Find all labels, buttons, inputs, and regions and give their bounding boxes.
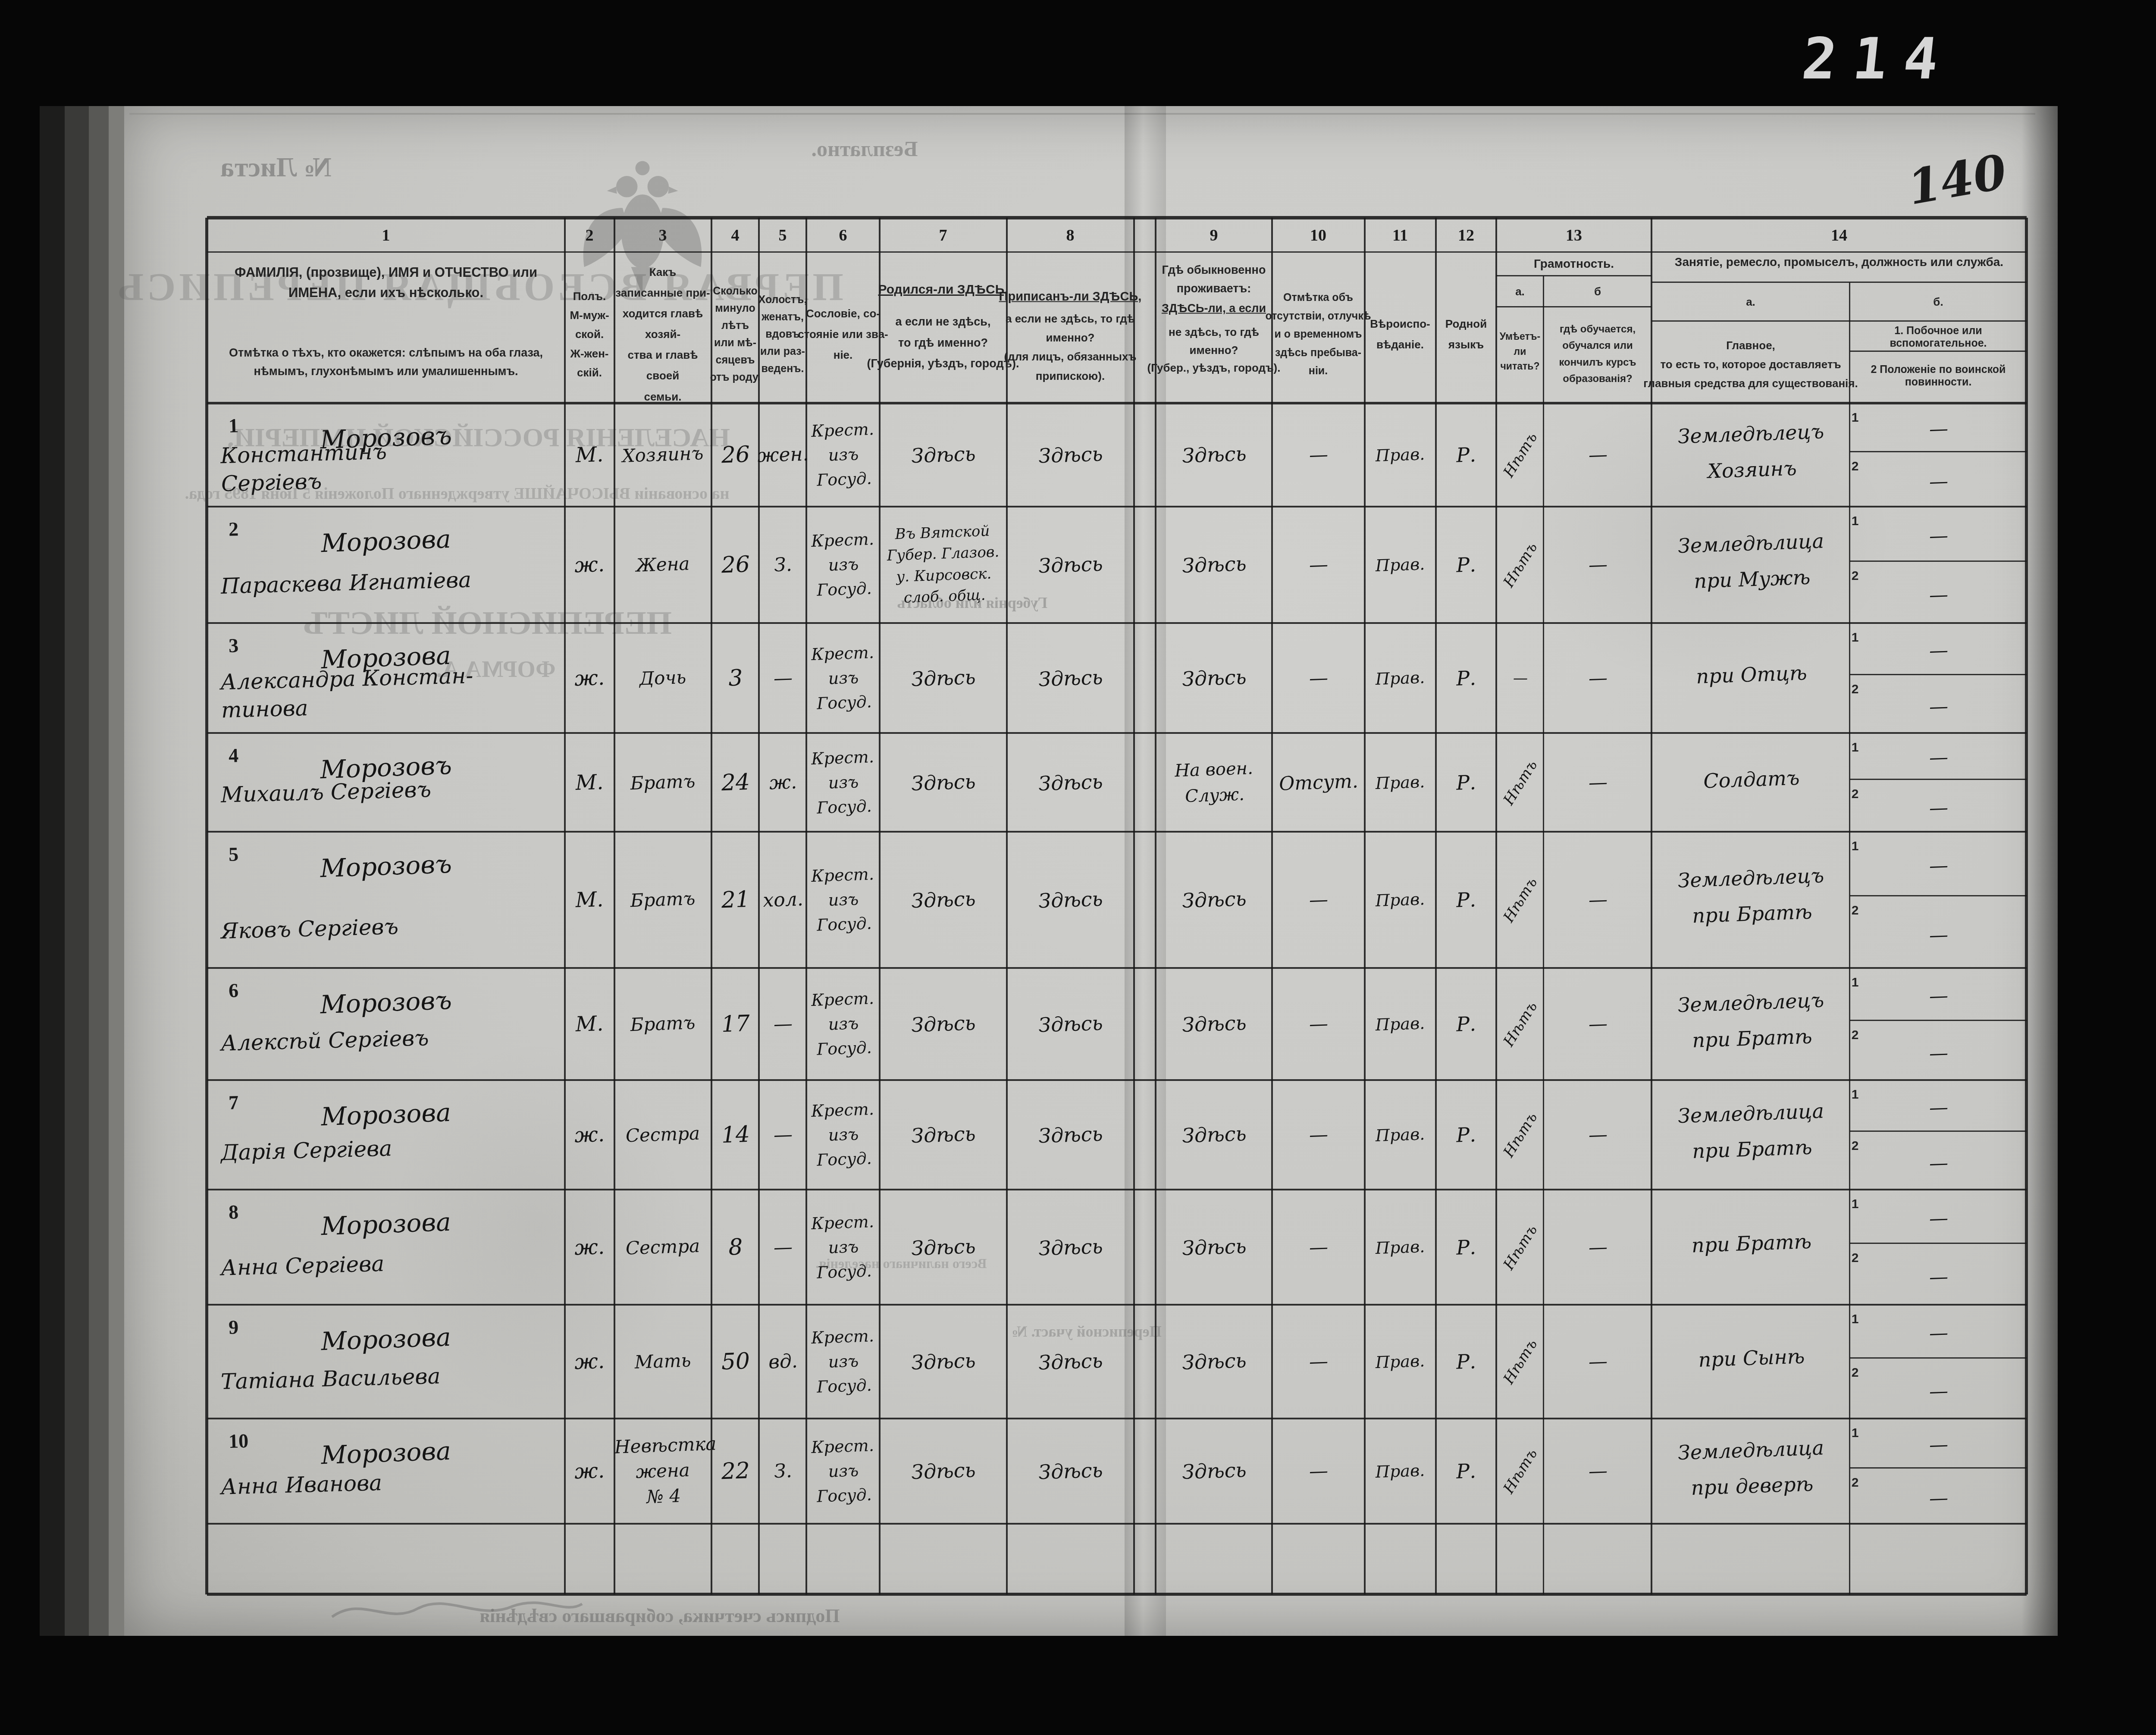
row7-occupation: Земледѣлица при Братѣ: [1655, 1093, 1848, 1171]
grid-rowline-8: [207, 1418, 2027, 1419]
grid-vline-7: [1006, 218, 1008, 1594]
row3-language: Р.: [1456, 666, 1476, 690]
header-occupation-side: 1. Побочное или вспомогательное.: [1852, 325, 2024, 350]
header-literacy: Грамотность.: [1534, 257, 1614, 271]
bleed-sheet-no: № Листа: [220, 151, 332, 183]
header-occupation-military: 2 Положеніе по воинской повинности.: [1852, 363, 2024, 388]
grid-14b-divider-1: [1850, 561, 2027, 562]
row4-registered: Здѣсь: [1038, 770, 1103, 795]
header-name: ФАМИЛІЯ, (прозвище), ИМЯ и ОТЧЕСТВО или …: [220, 263, 552, 303]
row5-side-label-2: 2: [1852, 903, 1859, 918]
header-occupation-b-label: б.: [1933, 295, 1943, 309]
row8-relation: Сестра: [615, 1233, 711, 1262]
row2-side-dash-1: —: [1929, 525, 1949, 548]
row9-age: 50: [721, 1348, 750, 1375]
grid-vline-11: [1364, 218, 1366, 1594]
grid-rowline-2: [207, 732, 2027, 734]
row5-sex: М.: [575, 887, 604, 912]
row6-side-label-1: 1: [1852, 975, 1859, 990]
row1-occupation: Земледѣлецъ Хозяинъ: [1655, 413, 1848, 491]
grid-vline-3: [711, 218, 712, 1594]
grid-line-headbottom: [207, 402, 2027, 404]
row10-lives: Здѣсь: [1159, 1454, 1269, 1488]
row10-marital: З.: [774, 1460, 792, 1482]
row9-occupation: при Сынѣ: [1656, 1337, 1847, 1379]
bleed-uchastok: Переписной участ. №: [1012, 1322, 1161, 1340]
row9-absence: —: [1309, 1350, 1329, 1373]
row8-language: Р.: [1456, 1235, 1476, 1259]
row10-sex: ж.: [574, 1459, 605, 1484]
row3-religion: Прав.: [1375, 668, 1425, 689]
row10-registered: Здѣсь: [1038, 1458, 1103, 1484]
row6-occupation: Земледѣлецъ при Братѣ: [1655, 982, 1848, 1060]
row1-given-name: Константинъ Сергіевъ: [220, 433, 558, 498]
row2-born: Въ Вятской Губер. Глазов. у. Кирсовск. с…: [881, 520, 1006, 609]
column-number-4: 4: [731, 226, 740, 245]
row8-side-dash-1: —: [1929, 1207, 1949, 1230]
row3-relation: Дочь: [615, 664, 711, 692]
row4-side-label-2: 2: [1852, 787, 1859, 802]
header-relation: Какъ записанные при- ходится главѣ хозяй…: [615, 262, 710, 407]
row9-surname: Морозова: [320, 1322, 451, 1356]
row7-registered: Здѣсь: [1038, 1122, 1103, 1147]
grid-vline-6: [879, 218, 881, 1594]
row1-literacy-edu: —: [1588, 444, 1608, 467]
row7-sex: ж.: [574, 1122, 605, 1147]
row1-religion: Прав.: [1375, 445, 1425, 465]
row5-side-label-1: 1: [1852, 839, 1859, 854]
grid-14-t1: [1651, 282, 2027, 283]
row8-surname: Морозова: [320, 1207, 451, 1241]
row10-estate: Крест. изъ Госуд.: [811, 1433, 876, 1509]
row4-relation: Братъ: [615, 768, 711, 797]
column-number-8: 8: [1066, 226, 1075, 245]
row6-relation: Братъ: [615, 1010, 711, 1038]
row7-surname: Морозова: [320, 1098, 451, 1131]
row9-lives: Здѣсь: [1159, 1345, 1269, 1378]
row7-estate: Крест. изъ Госуд.: [811, 1097, 876, 1173]
row5-relation: Братъ: [615, 886, 711, 914]
row3-lives: Здѣсь: [1159, 661, 1269, 695]
row7-marital: —: [773, 1124, 793, 1146]
row5-side-dash-2: —: [1929, 924, 1949, 947]
grid-line-top: [207, 216, 2027, 219]
grid-vline-4: [758, 218, 760, 1594]
grid-line-numbers: [207, 251, 2027, 253]
film-frame-number: 214: [1799, 26, 1958, 92]
grid-14b-divider-7: [1850, 1243, 2027, 1244]
row1-absence: —: [1309, 444, 1329, 467]
grid-vline-0: [205, 218, 208, 1594]
row3-literacy-read: —: [1513, 670, 1528, 687]
row7-side-label-2: 2: [1852, 1139, 1859, 1153]
row1-registered: Здѣсь: [1038, 442, 1103, 467]
row4-side-label-1: 1: [1852, 740, 1859, 755]
row8-registered: Здѣсь: [1038, 1234, 1103, 1260]
header-born: а если не здѣсь, то гдѣ именно? (Губерні…: [867, 311, 1019, 374]
row2-estate: Крест. изъ Госуд.: [811, 527, 876, 603]
row2-side-label-1: 1: [1852, 514, 1859, 529]
header-occupation-a-label: а.: [1746, 295, 1755, 309]
grid-vline-8: [1133, 218, 1135, 1594]
row1-age: 26: [721, 442, 750, 468]
row3-side-label-2: 2: [1852, 682, 1859, 697]
row9-side-label-1: 1: [1852, 1312, 1859, 1327]
row2-relation: Жена: [615, 551, 711, 579]
row4-side-dash-2: —: [1929, 797, 1949, 820]
grid-rowline-6: [207, 1189, 2027, 1190]
row10-absence: —: [1309, 1460, 1329, 1483]
row8-absence: —: [1309, 1236, 1329, 1259]
row10-born: Здѣсь: [881, 1455, 1005, 1488]
census-scan-canvas: { "page": { "film_number": "214", "page_…: [0, 0, 2156, 1735]
row7-age: 14: [721, 1121, 750, 1148]
column-number-1: 1: [382, 226, 390, 245]
enumerator-signature-bleedthrough: [328, 1591, 586, 1630]
row7-number: 7: [228, 1091, 238, 1114]
row10-side-dash-1: —: [1929, 1434, 1949, 1456]
column-number-12: 12: [1458, 226, 1474, 245]
row2-sex: ж.: [574, 552, 605, 577]
row6-sex: М.: [575, 1012, 604, 1037]
row3-age: 3: [728, 665, 743, 691]
row7-lives: Здѣсь: [1159, 1118, 1269, 1152]
row5-marital: хол.: [762, 888, 803, 911]
row4-religion: Прав.: [1375, 772, 1425, 793]
grid-vline-2: [614, 218, 615, 1594]
row5-absence: —: [1309, 889, 1329, 911]
row5-occupation: Земледѣлецъ при Братѣ: [1655, 857, 1848, 935]
row9-born: Здѣсь: [881, 1345, 1005, 1378]
row9-side-dash-1: —: [1929, 1322, 1949, 1345]
row7-literacy-edu: —: [1588, 1124, 1608, 1146]
header-literacy-a-label: а.: [1515, 285, 1525, 298]
row1-side-dash-2: —: [1929, 470, 1949, 493]
grid-14b-divider-0: [1850, 451, 2027, 452]
row1-language: Р.: [1456, 443, 1476, 467]
row4-sex: М.: [575, 770, 604, 795]
row5-language: Р.: [1456, 888, 1476, 912]
row5-lives: Здѣсь: [1159, 883, 1269, 917]
grid-rowline-9: [207, 1523, 2027, 1525]
row2-number: 2: [228, 517, 238, 541]
column-number-11: 11: [1392, 226, 1408, 245]
grid-vline-10: [1271, 218, 1273, 1594]
grid-14b-divider-5: [1850, 1020, 2027, 1021]
row6-lives: Здѣсь: [1159, 1007, 1269, 1041]
row8-side-dash-2: —: [1929, 1266, 1949, 1289]
row10-language: Р.: [1456, 1459, 1476, 1483]
header-lives-a: Гдѣ обыкновенно проживаетъ:: [1162, 261, 1266, 298]
row3-occupation: при Отцѣ: [1656, 654, 1847, 696]
row2-literacy-edu: —: [1588, 554, 1608, 576]
header-occupation-main: Главное, то есть то, которое доставляетъ…: [1643, 336, 1858, 393]
row1-lives: Здѣсь: [1159, 438, 1269, 472]
row8-estate: Крест. изъ Госуд.: [811, 1209, 876, 1285]
header-language: Родной языкъ: [1445, 313, 1487, 355]
row8-occupation: при Братѣ: [1656, 1222, 1847, 1265]
row1-sex: М.: [575, 442, 604, 467]
row10-occupation: Земледѣлица при деверѣ: [1655, 1429, 1848, 1507]
row2-absence: —: [1309, 554, 1329, 576]
row9-religion: Прав.: [1375, 1351, 1425, 1372]
row3-sex: ж.: [574, 666, 605, 691]
grid-vline-9: [1155, 218, 1156, 1594]
row1-side-label-2: 2: [1852, 459, 1859, 474]
grid-14b-divider-4: [1850, 895, 2027, 896]
row2-surname: Морозова: [320, 524, 451, 558]
row1-number: 1: [228, 414, 238, 437]
row7-side-dash-1: —: [1929, 1096, 1949, 1119]
row7-born: Здѣсь: [881, 1118, 1005, 1152]
header-occupation: Занятіе, ремесло, промыселъ, должность и…: [1675, 255, 2003, 269]
header-age: Сколько минуло лѣтъ или мѣ- сяцевъ отъ р…: [710, 282, 760, 386]
row10-age: 22: [721, 1458, 750, 1484]
row2-registered: Здѣсь: [1038, 552, 1103, 577]
header-literacy-read: Умѣетъ- ли читать?: [1500, 329, 1541, 374]
row2-language: Р.: [1456, 553, 1476, 577]
grid-14b-split: [1850, 351, 2027, 352]
row2-lives: Здѣсь: [1159, 548, 1269, 582]
row10-religion: Прав.: [1375, 1461, 1425, 1481]
row9-marital: вд.: [768, 1350, 798, 1373]
grid-rowline-3: [207, 831, 2027, 833]
row5-estate: Крест. изъ Госуд.: [811, 862, 876, 938]
row2-occupation: Земледѣлица при Мужѣ: [1655, 523, 1848, 601]
column-number-2: 2: [586, 226, 594, 245]
row9-relation: Мать: [615, 1347, 711, 1376]
grid-line-bottom: [207, 1593, 2027, 1596]
row7-absence: —: [1309, 1124, 1329, 1146]
grid-14b-divider-3: [1850, 779, 2027, 780]
grid-rowline-5: [207, 1079, 2027, 1081]
binding-edge-4: [109, 106, 126, 1636]
row9-registered: Здѣсь: [1038, 1349, 1103, 1374]
row9-side-label-2: 2: [1852, 1365, 1859, 1380]
row8-sex: ж.: [574, 1235, 605, 1260]
row5-age: 21: [721, 886, 750, 913]
header-absence: Отмѣтка объ отсутствіи, отлучкѣ и о врем…: [1266, 288, 1371, 380]
grid-vline-1: [564, 218, 566, 1594]
row6-language: Р.: [1456, 1012, 1476, 1036]
row9-language: Р.: [1456, 1350, 1476, 1374]
row9-literacy-edu: —: [1588, 1350, 1608, 1373]
row6-side-label-2: 2: [1852, 1028, 1859, 1043]
row3-marital: —: [773, 667, 793, 690]
grid-vline-12: [1435, 218, 1437, 1594]
row5-registered: Здѣсь: [1038, 887, 1103, 912]
header-registered-u: Приписанъ-ли ЗДѢСЬ,: [999, 290, 1142, 304]
grid-14b-divider-9: [1850, 1467, 2027, 1469]
row7-religion: Прав.: [1375, 1124, 1425, 1145]
row2-side-dash-2: —: [1929, 584, 1949, 607]
row3-number: 3: [228, 634, 238, 657]
row8-literacy-edu: —: [1588, 1236, 1608, 1259]
column-number-14: 14: [1831, 226, 1847, 245]
grid-14b-divider-8: [1850, 1357, 2027, 1359]
grid-13-t1: [1496, 275, 1651, 276]
header-name-note: Отмѣтка о тѣхъ, кто окажется: слѣпымъ на…: [213, 344, 558, 381]
grid-rowline-7: [207, 1304, 2027, 1306]
grid-rowline-4: [207, 967, 2027, 969]
row8-marital: —: [773, 1236, 793, 1259]
row10-number: 10: [228, 1429, 248, 1453]
row1-relation: Хозяинъ: [615, 441, 711, 469]
row7-side-label-1: 1: [1852, 1087, 1859, 1102]
row5-literacy-edu: —: [1588, 889, 1608, 911]
row6-marital: —: [773, 1013, 793, 1036]
row10-side-label-1: 1: [1852, 1426, 1859, 1441]
column-number-13: 13: [1566, 226, 1582, 245]
row4-occupation: Солдатъ: [1656, 758, 1847, 801]
binding-edge-2: [65, 106, 89, 1636]
header-literacy-b-label: б: [1594, 285, 1601, 298]
column-number-3: 3: [659, 226, 667, 245]
row3-registered: Здѣсь: [1038, 665, 1103, 691]
row8-religion: Прав.: [1375, 1237, 1425, 1258]
row6-estate: Крест. изъ Госуд.: [811, 986, 876, 1062]
header-lives-u: ЗДѢСЬ-ли, а если: [1162, 302, 1266, 315]
header-registered: а если не здѣсь, то гдѣ именно? (для лиц…: [1004, 309, 1137, 385]
row5-born: Здѣсь: [881, 883, 1005, 917]
grid-14-t2: [1651, 320, 2027, 322]
row9-estate: Крест. изъ Госуд.: [811, 1324, 876, 1400]
row7-side-dash-2: —: [1929, 1152, 1949, 1175]
row8-number: 8: [228, 1200, 238, 1224]
row4-literacy-edu: —: [1588, 771, 1608, 794]
header-sex: Полъ. М-муж- ской. Ж-жен- скій.: [570, 287, 609, 382]
grid-vline-15: [2025, 218, 2028, 1594]
row6-religion: Прав.: [1375, 1014, 1425, 1034]
row3-side-label-1: 1: [1852, 630, 1859, 645]
row3-born: Здѣсь: [881, 662, 1005, 695]
header-literacy-edu: гдѣ обучается, обучался или кончилъ курс…: [1559, 321, 1636, 388]
binding-edge-1: [40, 106, 65, 1636]
grid-14b-divider-2: [1850, 674, 2027, 675]
header-religion: Вѣроиспо- вѣданіе.: [1370, 313, 1430, 355]
grid-vline-14: [1651, 218, 1652, 1594]
row7-language: Р.: [1456, 1123, 1476, 1147]
row1-side-label-1: 1: [1852, 410, 1859, 425]
row4-age: 24: [721, 769, 750, 796]
row5-number: 5: [228, 842, 238, 866]
row3-literacy-edu: —: [1588, 667, 1608, 690]
row7-relation: Сестра: [615, 1121, 711, 1149]
row10-side-label-2: 2: [1852, 1475, 1859, 1490]
grid-14b-divider-6: [1850, 1131, 2027, 1132]
row1-side-dash-1: —: [1929, 418, 1949, 441]
row2-age: 26: [721, 551, 750, 578]
row6-registered: Здѣсь: [1038, 1011, 1103, 1037]
header-born-u: Родился-ли ЗДѢСЬ,: [878, 282, 1008, 297]
row2-religion: Прав.: [1375, 554, 1425, 575]
row10-relation: Невѣстка жена № 4: [614, 1431, 711, 1511]
grid-vline-13: [1495, 218, 1497, 1594]
row5-religion: Прав.: [1375, 889, 1425, 910]
grid-rowline-0: [207, 506, 2027, 507]
row6-born: Здѣсь: [881, 1008, 1005, 1041]
row8-born: Здѣсь: [881, 1231, 1005, 1264]
row8-side-label-2: 2: [1852, 1251, 1859, 1265]
row5-side-dash-1: —: [1929, 855, 1949, 877]
row2-marital: З.: [774, 554, 792, 576]
row3-estate: Крест. изъ Госуд.: [811, 640, 876, 716]
row4-estate: Крест. изъ Госуд.: [811, 745, 876, 821]
binding-edge-3: [89, 106, 109, 1636]
row4-marital: ж.: [769, 771, 797, 794]
row6-side-dash-2: —: [1929, 1042, 1949, 1065]
row4-language: Р.: [1456, 770, 1476, 795]
column-number-10: 10: [1310, 226, 1326, 245]
row6-side-dash-1: —: [1929, 985, 1949, 1008]
row5-surname: Морозовъ: [320, 849, 452, 883]
row1-born: Здѣсь: [881, 438, 1005, 472]
row4-born: Здѣсь: [881, 766, 1005, 799]
row1-estate: Крест. изъ Госуд.: [811, 417, 876, 493]
row1-marital: жен.: [757, 443, 809, 467]
row9-number: 9: [228, 1315, 238, 1339]
bleed-free: Безплатно.: [812, 136, 918, 161]
row4-side-dash-1: —: [1929, 746, 1949, 769]
grid-13-t2: [1496, 306, 1651, 307]
row8-side-label-1: 1: [1852, 1197, 1859, 1212]
row4-lives: На воен. Служ.: [1158, 755, 1270, 811]
row9-side-dash-2: —: [1929, 1380, 1949, 1403]
column-number-9: 9: [1210, 226, 1218, 245]
row8-lives: Здѣсь: [1159, 1231, 1269, 1264]
row4-number: 4: [228, 744, 238, 767]
grid-rowline-1: [207, 622, 2027, 624]
header-lives-b: не здѣсь, то гдѣ именно? (Губер., уѣздъ,…: [1147, 323, 1281, 377]
row3-given-name: Александра Констан- тинова: [220, 660, 558, 724]
row3-side-dash-1: —: [1929, 639, 1949, 662]
row6-surname: Морозовъ: [320, 986, 452, 1020]
row10-side-dash-2: —: [1929, 1487, 1949, 1510]
row6-literacy-edu: —: [1588, 1013, 1608, 1036]
column-number-6: 6: [839, 226, 847, 245]
grid-vline-5: [805, 218, 807, 1594]
grid-vline-14ab: [1849, 282, 1850, 1594]
row10-surname: Морозова: [320, 1436, 451, 1470]
row10-literacy-edu: —: [1588, 1460, 1608, 1483]
row9-sex: ж.: [574, 1349, 605, 1374]
row8-age: 8: [728, 1234, 743, 1260]
row2-side-label-2: 2: [1852, 569, 1859, 583]
row6-age: 17: [721, 1011, 750, 1037]
row3-side-dash-2: —: [1929, 695, 1949, 718]
row6-number: 6: [228, 979, 238, 1002]
row4-absence: Отсут.: [1279, 770, 1358, 795]
column-number-5: 5: [779, 226, 787, 245]
column-number-7: 7: [939, 226, 947, 245]
row3-absence: —: [1309, 667, 1329, 690]
row6-absence: —: [1309, 1013, 1329, 1036]
upper-sheet-edge: [129, 113, 2035, 115]
grid-vline-13ab: [1543, 276, 1544, 1594]
